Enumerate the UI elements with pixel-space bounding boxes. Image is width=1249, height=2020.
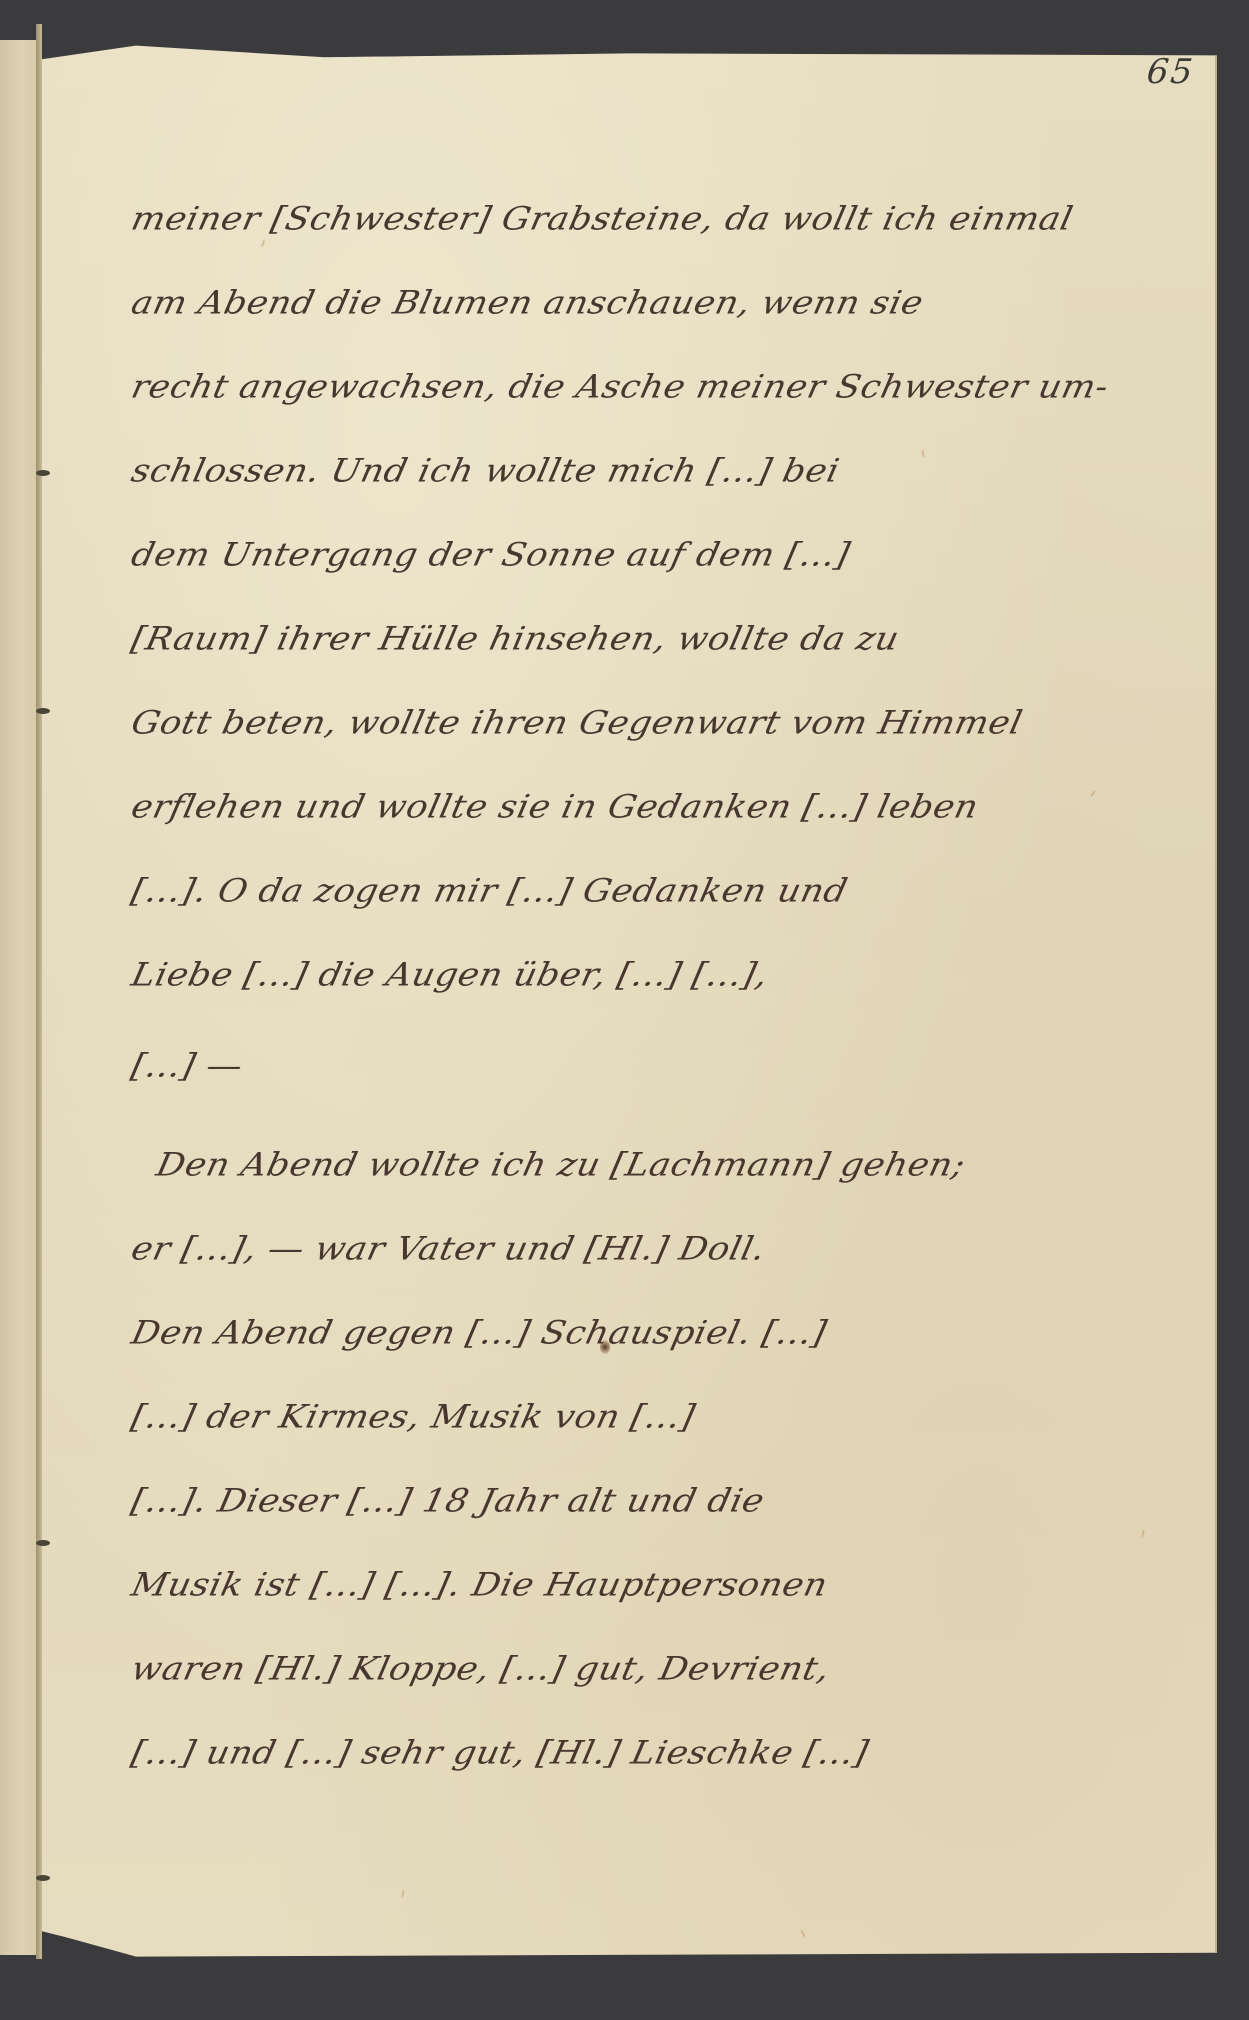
manuscript-line: Liebe [...] die Augen über, [...] [...], (128, 957, 771, 994)
manuscript-line: Den Abend gegen [...] Schauspiel. [...] (128, 1315, 830, 1352)
manuscript-line: [...] — (128, 1048, 246, 1085)
manuscript-line: Musik ist [...] [...]. Die Hauptpersonen (128, 1567, 831, 1604)
manuscript-line: erflehen und wollte sie in Gedanken [...… (128, 789, 982, 826)
manuscript-line: [...] der Kirmes, Musik von [...] (128, 1399, 698, 1436)
ink-blot (600, 1340, 610, 1354)
previous-page-edge (0, 40, 37, 1955)
manuscript-line: [...] und [...] sehr gut, [Hl.] Lieschke… (128, 1735, 872, 1772)
binding-gutter (36, 24, 42, 1959)
binding-hole (36, 708, 50, 714)
manuscript-scan: 65 meiner [Schwester] Grabsteine, da wol… (0, 0, 1249, 2020)
binding-hole (36, 470, 50, 476)
binding-hole (36, 1540, 50, 1546)
manuscript-line: er [...], — war Vater und [Hl.] Doll. (128, 1231, 769, 1268)
manuscript-line: waren [Hl.] Kloppe, [...] gut, Devrient, (128, 1651, 833, 1688)
manuscript-line: am Abend die Blumen anschauen, wenn sie (128, 285, 927, 322)
paper-fleck (801, 1930, 806, 1937)
binding-hole (36, 1875, 50, 1881)
manuscript-line: recht angewachsen, die Asche meiner Schw… (128, 369, 1112, 406)
manuscript-line: Gott beten, wollte ihren Gegenwart vom H… (128, 705, 1026, 742)
manuscript-line: dem Untergang der Sonne auf dem [...] (128, 537, 853, 574)
folio-number: 65 (1145, 52, 1196, 92)
manuscript-line: schlossen. Und ich wollte mich [...] bei (128, 453, 843, 490)
paper-fleck (921, 450, 924, 457)
manuscript-line: [...]. Dieser [...] 18 Jahr alt und die (128, 1483, 768, 1520)
paper-fleck (1141, 1530, 1145, 1537)
paper-fleck (401, 1890, 404, 1897)
paper-fleck (261, 240, 265, 247)
manuscript-line: meiner [Schwester] Grabsteine, da wollt … (128, 201, 1076, 238)
manuscript-line: [Raum] ihrer Hülle hinsehen, wollte da z… (128, 621, 903, 658)
manuscript-line-paragraph-start: Den Abend wollte ich zu [Lachmann] gehen… (153, 1147, 969, 1184)
paper-fleck (1090, 790, 1096, 797)
manuscript-line: [...]. O da zogen mir [...] Gedanken und (128, 873, 851, 910)
